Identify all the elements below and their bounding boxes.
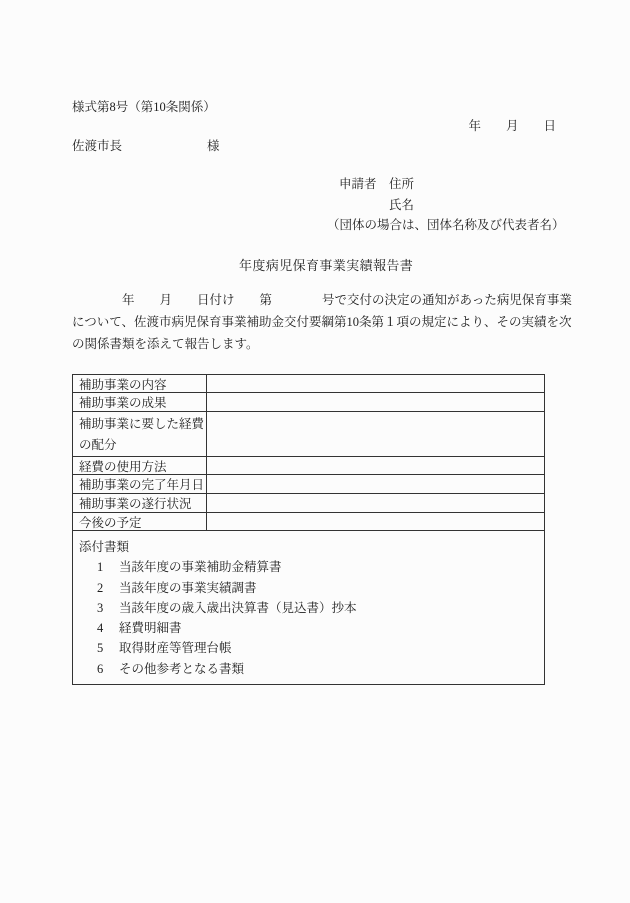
attachment-item-text: 経費明細書 [119, 621, 182, 635]
document-page: 様式第8号（第10条関係） 年 月 日 佐渡市長 様 申請者 住所 氏名 （団体… [0, 0, 630, 903]
table-row: 今後の予定 [73, 513, 544, 531]
applicant-block: 申請者 住所 氏名 （団体の場合は、団体名称及び代表者名） [339, 174, 565, 236]
attachments-section: 添付書類 1当該年度の事業補助金精算書 2当該年度の事業実績調書 3当該年度の歳… [73, 531, 544, 684]
addressee-honorific: 様 [207, 136, 220, 154]
attachment-item-text: 当該年度の歳入歳出決算書（見込書）抄本 [119, 601, 357, 615]
row-label: 補助事業の完了年月日 [73, 475, 207, 493]
body-line-3: の関係書類を添えて報告します。 [72, 333, 572, 355]
row-label: 補助事業の内容 [73, 375, 207, 392]
attachment-item-number: 1 [97, 557, 119, 577]
row-label: 補助事業に要した経費の配分 [73, 412, 207, 456]
row-value [207, 475, 544, 493]
attachment-item-number: 3 [97, 598, 119, 618]
attachment-item: 3当該年度の歳入歳出決算書（見込書）抄本 [97, 598, 544, 618]
row-label: 補助事業の成果 [73, 393, 207, 411]
attachment-item-number: 4 [97, 618, 119, 638]
table-row: 補助事業の成果 [73, 393, 544, 412]
report-table: 補助事業の内容 補助事業の成果 補助事業に要した経費の配分 経費の使用方法 補助… [72, 374, 545, 685]
row-label: 今後の予定 [73, 513, 207, 530]
row-value [207, 513, 544, 530]
document-title: 年度病児保育事業実績報告書 [239, 255, 413, 274]
attachment-item: 6その他参考となる書類 [97, 659, 544, 679]
table-row: 経費の使用方法 [73, 457, 544, 475]
row-value [207, 393, 544, 411]
row-value [207, 412, 544, 456]
table-row: 補助事業の遂行状況 [73, 494, 544, 513]
attachment-item-number: 2 [97, 578, 119, 598]
row-value [207, 375, 544, 392]
row-label: 補助事業の遂行状況 [73, 494, 207, 512]
table-row: 補助事業の完了年月日 [73, 475, 544, 494]
table-row: 補助事業の内容 [73, 375, 544, 393]
addressee-name: 佐渡市長 [72, 136, 122, 154]
attachment-item: 1当該年度の事業補助金精算書 [97, 557, 544, 577]
attachment-item-text: 当該年度の事業補助金精算書 [119, 560, 282, 574]
attachment-item-number: 5 [97, 638, 119, 658]
attachment-item-text: 当該年度の事業実績調書 [119, 581, 257, 595]
table-row: 補助事業に要した経費の配分 [73, 412, 544, 457]
attachment-item-text: 取得財産等管理台帳 [119, 641, 232, 655]
row-label: 経費の使用方法 [73, 457, 207, 474]
date-line: 年 月 日 [468, 116, 556, 134]
attachment-item-number: 6 [97, 659, 119, 679]
row-value [207, 457, 544, 474]
body-line-2: について、佐渡市病児保育事業補助金交付要綱第10条第１項の規定により、その実績を… [72, 311, 572, 333]
applicant-note: （団体の場合は、団体名称及び代表者名） [327, 215, 565, 236]
attachment-item-text: その他参考となる書類 [119, 662, 244, 676]
body-line-1: 年 月 日付け 第 号で交付の決定の通知があった病児保育事業 [72, 289, 572, 311]
attachment-item: 4経費明細書 [97, 618, 544, 638]
body-paragraph: 年 月 日付け 第 号で交付の決定の通知があった病児保育事業 について、佐渡市病… [72, 289, 572, 355]
row-value [207, 494, 544, 512]
attachment-item: 2当該年度の事業実績調書 [97, 578, 544, 598]
attachment-item: 5取得財産等管理台帳 [97, 638, 544, 658]
attachments-header: 添付書類 [79, 537, 544, 557]
form-number: 様式第8号（第10条関係） [72, 97, 216, 115]
applicant-address-line: 申請者 住所 [339, 174, 565, 195]
applicant-name-line: 氏名 [339, 195, 565, 216]
